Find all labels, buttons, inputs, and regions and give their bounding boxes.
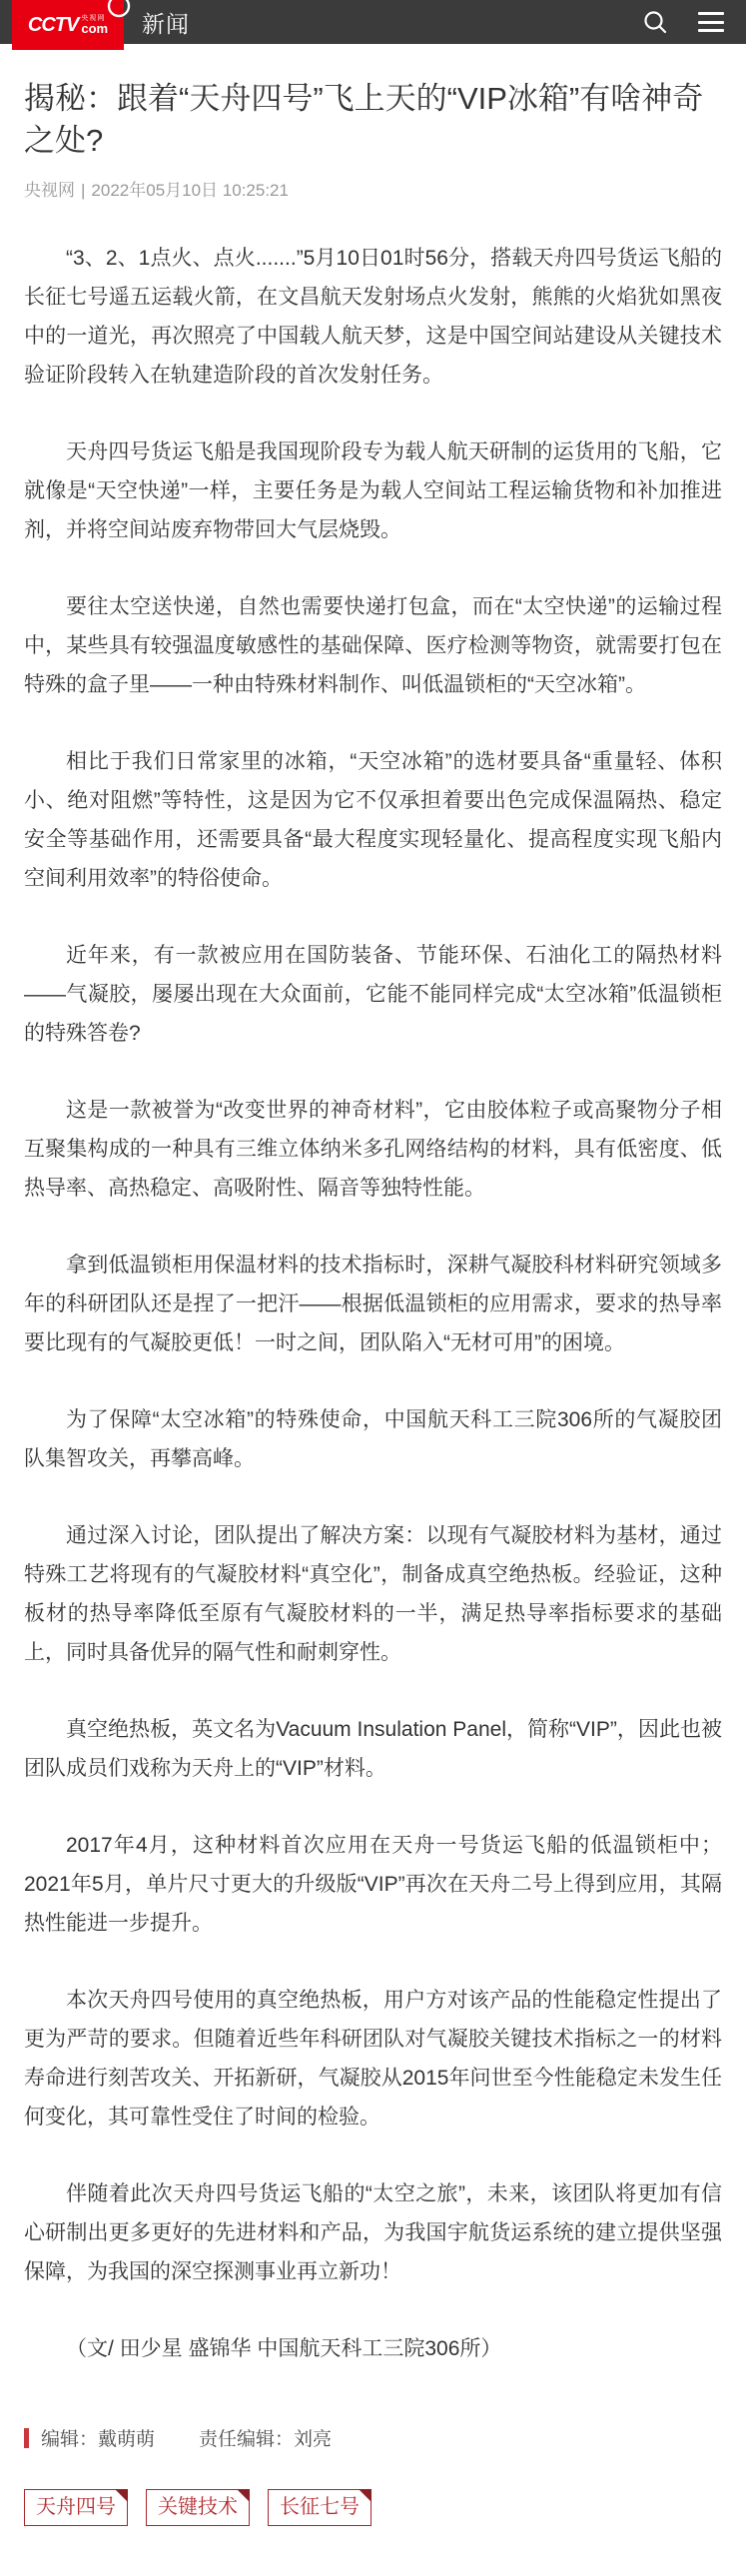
tag-fold-corner-icon (237, 2489, 250, 2502)
top-header: CCTV 央视网 com 新闻 (0, 0, 746, 44)
page: CCTV 央视网 com 新闻 揭秘：跟着“天舟四号”飞上天的“VIP冰箱”有啥… (0, 0, 746, 2576)
cctv-logo-ring-icon (107, 0, 131, 18)
search-icon[interactable] (642, 9, 668, 35)
article-paragraph-12: 本次天舟四号使用的真空绝热板，用户方对该产品的性能稳定性提出了更为严苛的要求。但… (24, 1981, 722, 2137)
article-title: 揭秘：跟着“天舟四号”飞上天的“VIP冰箱”有啥神奇之处? (24, 78, 722, 162)
red-accent-bar (24, 2428, 29, 2448)
article-byline: 央视网|2022年05月10日 10:25:21 (24, 176, 722, 201)
chief-editor-name: 责任编辑：刘亮 (199, 2424, 332, 2451)
tag-fold-corner-icon (359, 2489, 372, 2502)
tag-list: 天舟四号 关键技术 长征七号 (24, 2489, 722, 2576)
cctv-com-label: com (81, 22, 108, 36)
article-paragraph-6: 这是一款被誉为“改变世界的神奇材料”，它由胶体粒子或高聚物分子相互聚集构成的一种… (24, 1091, 722, 1208)
cctv-logo[interactable]: CCTV 央视网 com (12, 0, 124, 50)
article-paragraph-9: 通过深入讨论，团队提出了解决方案：以现有气凝胶材料为基材，通过特殊工艺将现有的气… (24, 1516, 722, 1672)
tag-long-march-7[interactable]: 长征七号 (268, 2489, 372, 2526)
cctv-logo-subtext: 央视网 com (81, 15, 108, 36)
article-paragraph-11: 2017年4月，这种材料首次应用在天舟一号货运飞船的低温锁柜中；2021年5月，… (24, 1826, 722, 1943)
article-paragraph-5: 近年来，有一款被应用在国防装备、节能环保、石油化工的隔热材料——气凝胶，屡屡出现… (24, 936, 722, 1053)
tag-tianzhou-4[interactable]: 天舟四号 (24, 2489, 128, 2526)
tag-fold-corner-icon (115, 2489, 128, 2502)
tag-label: 天舟四号 (36, 2496, 116, 2518)
tag-label: 长征七号 (280, 2496, 360, 2518)
cctv-logo-text: CCTV (28, 14, 78, 37)
article-body: “3、2、1点火、点火.......”5月10日01时56分，搭载天舟四号货运飞… (24, 239, 722, 2368)
article-paragraph-4: 相比于我们日常家里的冰箱，“天空冰箱”的选材要具备“重量轻、体积小、绝对阻燃”等… (24, 742, 722, 898)
article-page: 揭秘：跟着“天舟四号”飞上天的“VIP冰箱”有啥神奇之处? 央视网|2022年0… (0, 78, 746, 2576)
article-datetime: 2022年05月10日 10:25:21 (91, 181, 289, 200)
article-credit: （文/ 田少星 盛锦华 中国航天科工三院306所） (24, 2329, 722, 2368)
article-paragraph-2: 天舟四号货运飞船是我国现阶段专为载人航天研制的运货用的飞船，它就像是“天空快递”… (24, 432, 722, 549)
header-actions (642, 9, 746, 35)
hamburger-menu-icon[interactable] (698, 12, 724, 32)
tag-label: 关键技术 (158, 2496, 238, 2518)
article-paragraph-8: 为了保障“太空冰箱”的特殊使命，中国航天科工三院306所的气凝胶团队集智攻关，再… (24, 1400, 722, 1478)
tag-key-technology[interactable]: 关键技术 (146, 2489, 250, 2526)
channel-title[interactable]: 新闻 (142, 6, 190, 39)
editor-name: 编辑：戴萌萌 (41, 2424, 155, 2451)
article-paragraph-10: 真空绝热板，英文名为Vacuum Insulation Panel，简称“VIP… (24, 1710, 722, 1788)
byline-separator: | (81, 181, 85, 200)
article-source[interactable]: 央视网 (24, 181, 75, 200)
article-paragraph-13: 伴随着此次天舟四号货运飞船的“太空之旅”，未来，该团队将更加有信心研制出更多更好… (24, 2174, 722, 2291)
article-paragraph-1: “3、2、1点火、点火.......”5月10日01时56分，搭载天舟四号货运飞… (24, 239, 722, 395)
article-paragraph-3: 要往太空送快递，自然也需要快递打包盒，而在“太空快递”的运输过程中，某些具有较强… (24, 587, 722, 704)
article-paragraph-7: 拿到低温锁柜用保温材料的技术指标时，深耕气凝胶科材料研究领域多年的科研团队还是捏… (24, 1246, 722, 1362)
editor-info: 编辑：戴萌萌 责任编辑：刘亮 (24, 2424, 722, 2451)
